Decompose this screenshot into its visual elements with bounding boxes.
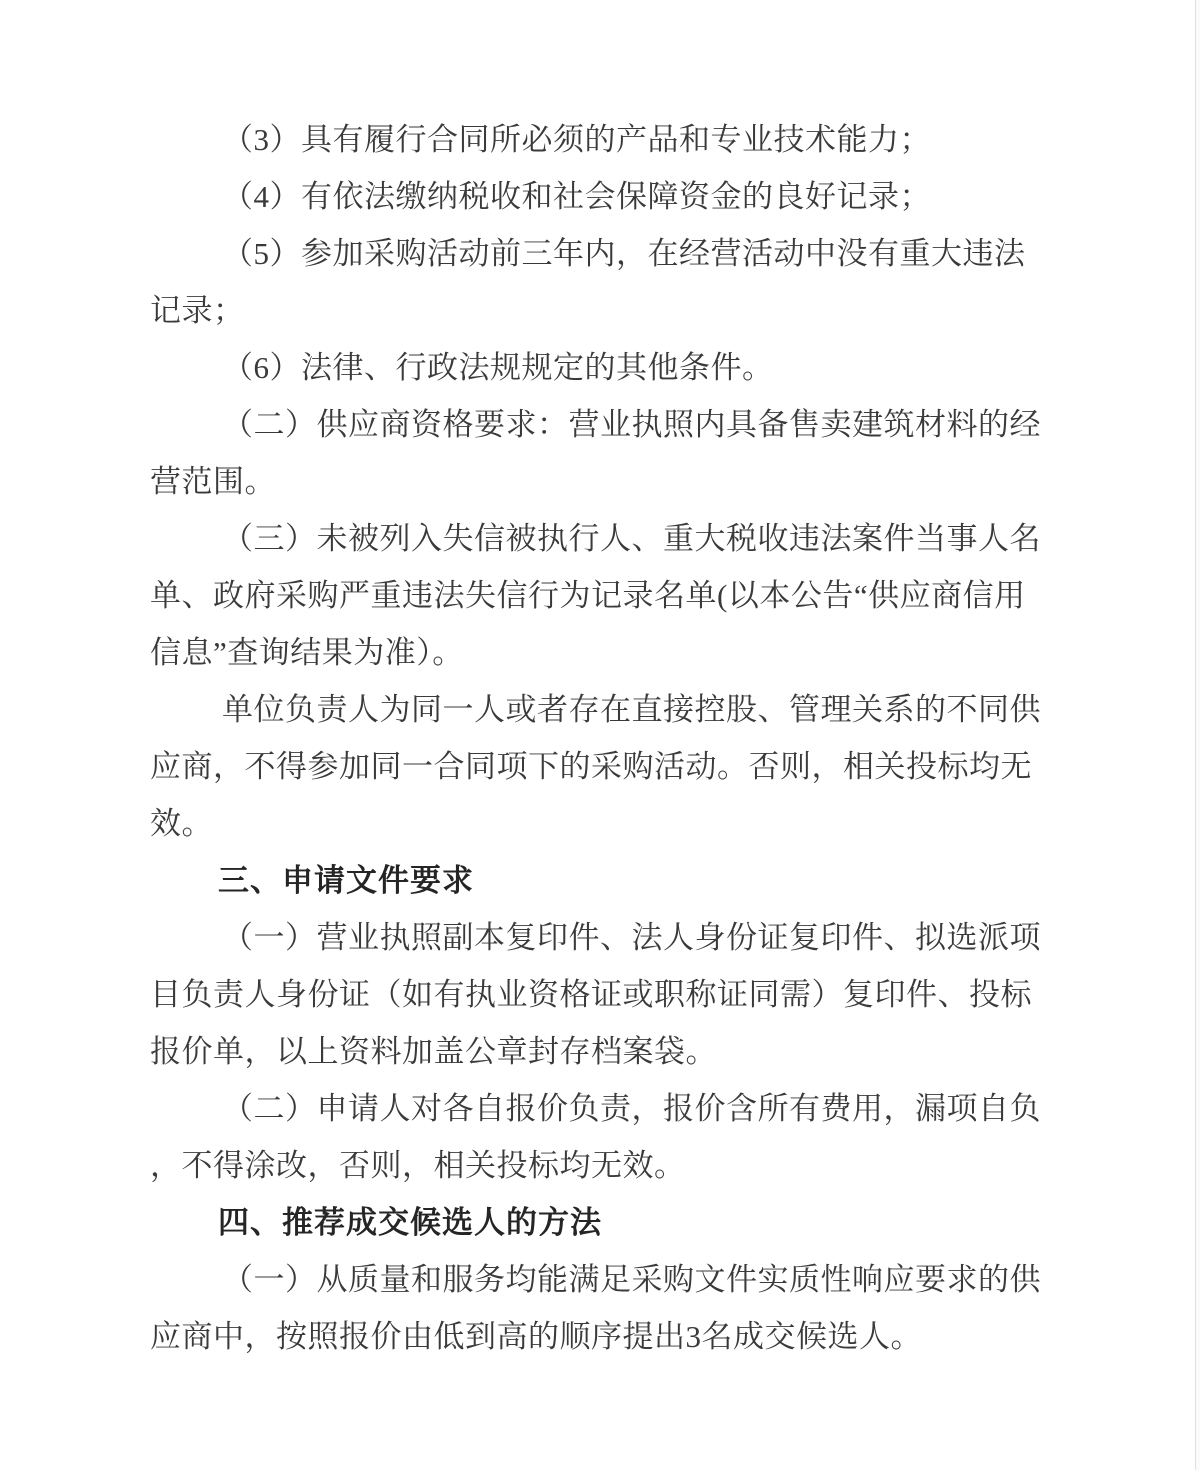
text-line: 目负责人身份证（如有执业资格证或职称证同需）复印件、投标	[150, 966, 1050, 1023]
text-line: （二）申请人对各自报价负责，报价含所有费用，漏项自负	[150, 1080, 1050, 1137]
text-line: 单、政府采购严重违法失信行为记录名单(以本公告“供应商信用	[150, 567, 1050, 624]
text-line: 单位负责人为同一人或者存在直接控股、管理关系的不同供	[150, 681, 1050, 738]
text-line: （二）供应商资格要求：营业执照内具备售卖建筑材料的经	[150, 396, 1050, 453]
text-line: 应商中，按照报价由低到高的顺序提出3名成交候选人。	[150, 1308, 1050, 1365]
text-line: （一）营业执照副本复印件、法人身份证复印件、拟选派项	[150, 909, 1050, 966]
document-content: （3）具有履行合同所必须的产品和专业技术能力；（4）有依法缴纳税收和社会保障资金…	[150, 111, 1050, 1365]
text-line: （一）从质量和服务均能满足采购文件实质性响应要求的供	[150, 1251, 1050, 1308]
text-line: （5）参加采购活动前三年内，在经营活动中没有重大违法	[150, 225, 1050, 282]
text-line: 效。	[150, 795, 1050, 852]
text-line: （三）未被列入失信被执行人、重大税收违法案件当事人名	[150, 510, 1050, 567]
page-right-edge-strip	[1196, 0, 1200, 1470]
text-line: （4）有依法缴纳税收和社会保障资金的良好记录；	[150, 168, 1050, 225]
text-line: 记录；	[150, 282, 1050, 339]
text-line: 信息”查询结果为准）。	[150, 624, 1050, 681]
text-line: 报价单，以上资料加盖公章封存档案袋。	[150, 1023, 1050, 1080]
text-line: ，不得涂改，否则，相关投标均无效。	[150, 1137, 1050, 1194]
section-heading: 三、申请文件要求	[150, 852, 1050, 909]
text-line: 营范围。	[150, 453, 1050, 510]
text-line: （3）具有履行合同所必须的产品和专业技术能力；	[150, 111, 1050, 168]
text-line: （6）法律、行政法规规定的其他条件。	[150, 339, 1050, 396]
section-heading: 四、推荐成交候选人的方法	[150, 1194, 1050, 1251]
document-page: （3）具有履行合同所必须的产品和专业技术能力；（4）有依法缴纳税收和社会保障资金…	[0, 0, 1200, 1470]
text-line: 应商，不得参加同一合同项下的采购活动。否则，相关投标均无	[150, 738, 1050, 795]
